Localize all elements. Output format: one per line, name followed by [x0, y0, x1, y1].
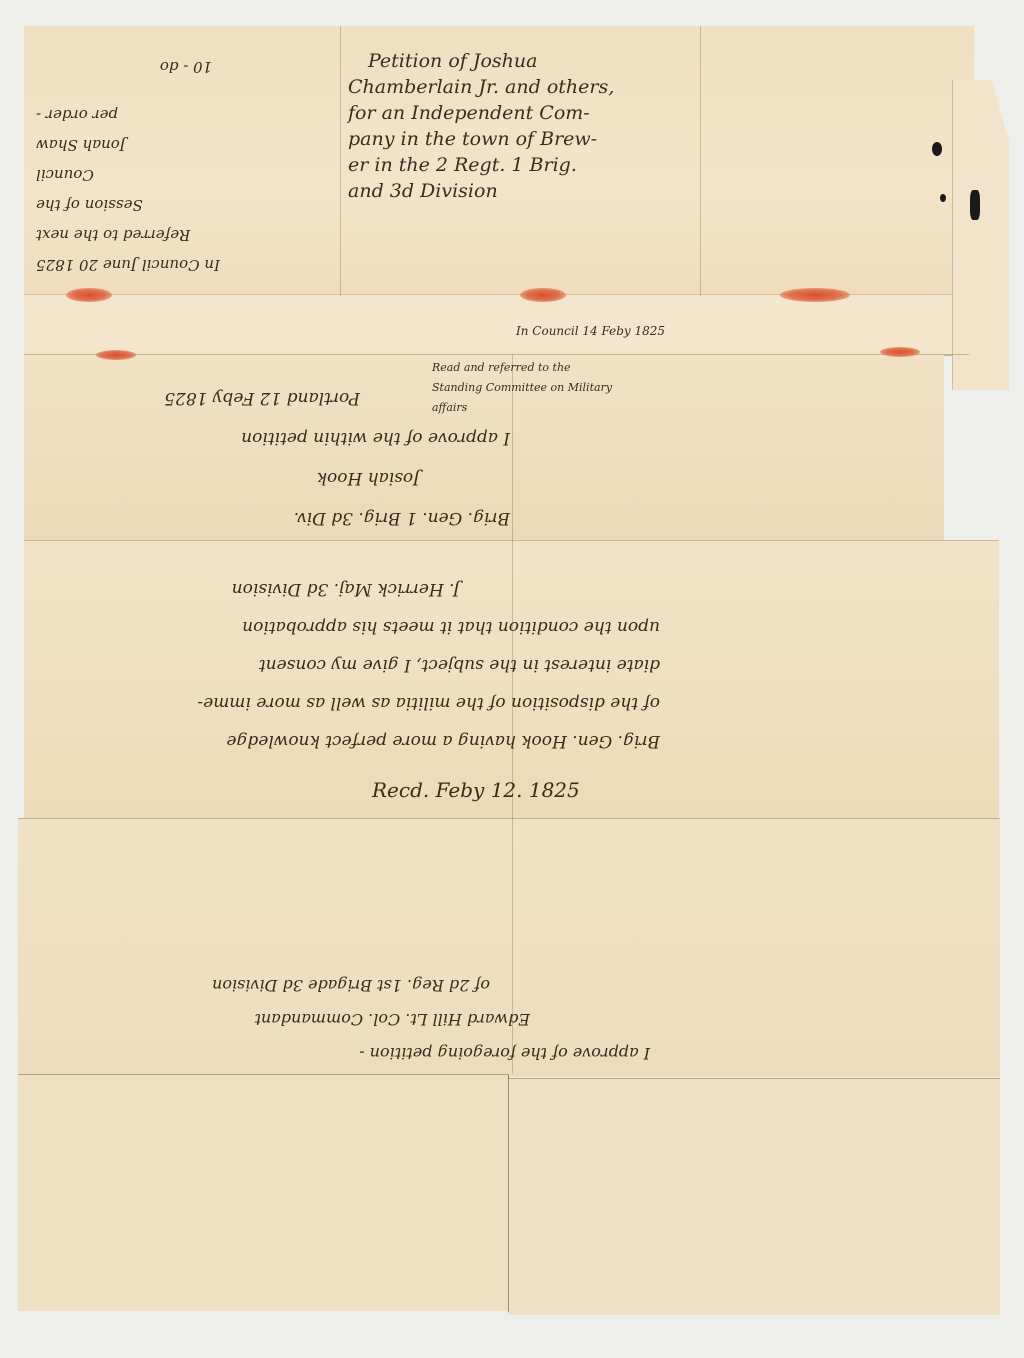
note-line: Referred to the next: [36, 220, 336, 250]
note-heading: 10 - do: [36, 52, 336, 82]
consent-line: of the disposition of the militia as wel…: [80, 684, 660, 722]
consent-signature: J. Herrick Maj. 3d Division: [80, 570, 660, 608]
note-line: In Council June 20 1825: [36, 250, 336, 280]
approval-line: Brig. Gen. 1 Brig. 3d Div.: [90, 498, 510, 538]
docket-title-line: Chamberlain Jr. and others,: [348, 74, 614, 100]
fold-line: [700, 26, 701, 296]
paper-seal-band: [24, 294, 969, 356]
council-date: In Council 14 Feby 1825: [516, 324, 665, 338]
docket-title-line: for an Independent Com-: [348, 100, 614, 126]
note-line: Jonah Shaw: [36, 130, 336, 160]
paper-bottom-right-panel: [508, 1078, 1000, 1315]
ink-blot: [970, 190, 980, 220]
wax-seal-mark: [880, 347, 920, 357]
major-general-consent: Brig. Gen. Hook having a more perfect kn…: [80, 570, 660, 760]
docket-title-line: pany in the town of Brew-: [348, 126, 614, 152]
fold-line: [340, 26, 341, 296]
consent-line: upon the condition that it meets his app…: [80, 608, 660, 646]
lower-note-line: of 2d Reg. 1st Brigade 3d Division: [90, 968, 650, 1002]
note-line: per order -: [36, 100, 336, 130]
lower-note-line: I approve of the foregoing petition -: [90, 1036, 650, 1070]
fold-line: [508, 1076, 509, 1312]
paper-bottom-left-panel: [18, 1074, 509, 1311]
council-referral-note: In Council June 20 1825 Referred to the …: [36, 40, 336, 280]
paper-torn-flap: [952, 80, 1009, 390]
wax-seal-mark: [96, 350, 136, 360]
consent-line: diate interest in the subject, I give my…: [80, 646, 660, 684]
fold-line: [24, 354, 969, 355]
lieutenant-colonel-approval: I approve of the foregoing petition - Ed…: [90, 940, 650, 1070]
note-line: Council: [36, 160, 336, 190]
consent-line: Brig. Gen. Hook having a more perfect kn…: [80, 722, 660, 760]
ink-blot: [940, 194, 946, 202]
approval-line: Josiah Hook: [90, 458, 510, 498]
brigadier-general-approval: Brig. Gen. 1 Brig. 3d Div. Josiah Hook I…: [90, 368, 510, 538]
note-line: Session of the: [36, 190, 336, 220]
lower-note-line: Edward Hill Lt. Col. Commandant: [90, 1002, 650, 1036]
docket-title-line: er in the 2 Regt. 1 Brig.: [348, 152, 614, 178]
ink-blot: [932, 142, 942, 156]
received-date: Recd. Feby 12. 1825: [372, 778, 580, 802]
wax-seal-mark: [780, 288, 850, 302]
docket-title-line: and 3d Division: [348, 178, 614, 204]
docket-title: Petition of Joshua Chamberlain Jr. and o…: [348, 48, 614, 204]
docket-title-line: Petition of Joshua: [348, 48, 614, 74]
approval-line: I approve of the within petition: [90, 418, 510, 458]
wax-seal-mark: [520, 288, 566, 302]
approval-line: Portland 12 Feby 1825: [90, 378, 510, 418]
wax-seal-mark: [66, 288, 112, 302]
